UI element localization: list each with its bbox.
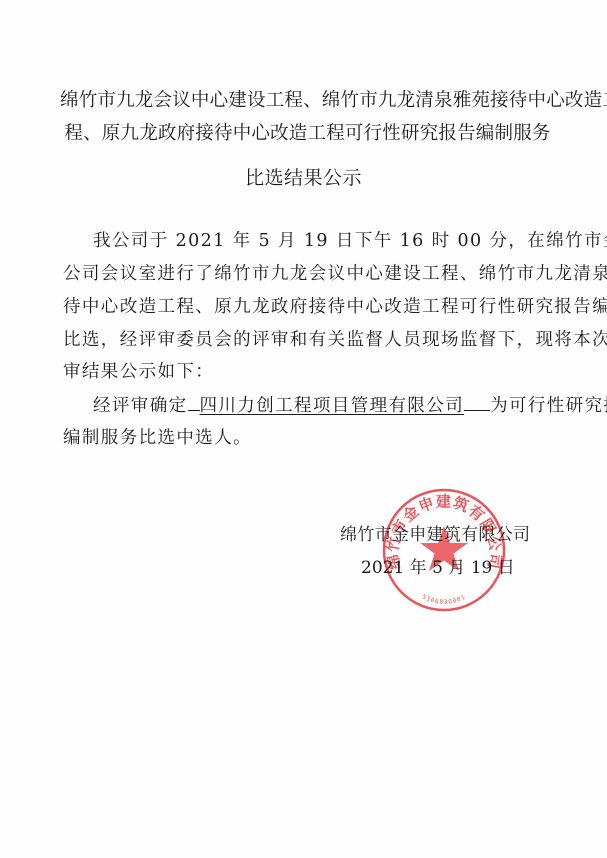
paragraph-2-line-2: 编制服务比选中选人。 [63,426,252,450]
winning-company: 四川力创工程项目管理有限公司 [200,396,465,416]
svg-text:5106830001: 5106830001 [421,593,467,605]
signature-date: 2021 年 5 月 19 日 [361,556,515,580]
signature-company: 绵竹市金申建筑有限公司 [340,523,530,547]
paragraph-1-line-4: 比选，经评审委员会的评审和有关监督人员现场监督下，现将本次比选评 [63,328,607,352]
result-prefix: 经评审确定 [93,396,188,416]
document-page: 绵竹市九龙会议中心建设工程、绵竹市九龙清泉雅苑接待中心改造工 程、原九龙政府接待… [0,0,607,858]
official-seal-icon: 绵竹市金申建筑有限公司 5106830001 [380,486,508,614]
paragraph-1-line-3: 待中心改造工程、原九龙政府接待中心改造工程可行性研究报告编制服务 [63,295,607,319]
document-subtitle: 比选结果公示 [0,164,607,192]
result-suffix: 为可行性研究报告 [490,396,607,416]
paragraph-1-line-1: 我公司于 2021 年 5 月 19 日下午 16 时 00 分，在绵竹市金申建… [93,229,607,253]
paragraph-2-line-1: 经评审确定四川力创工程项目管理有限公司为可行性研究报告 [93,393,607,418]
document-title-line-1: 绵竹市九龙会议中心建设工程、绵竹市九龙清泉雅苑接待中心改造工 [60,84,555,117]
underline-pad-left [188,393,200,411]
document-title-line-2: 程、原九龙政府接待中心改造工程可行性研究报告编制服务 [60,117,555,150]
paragraph-1-line-2: 公司会议室进行了绵竹市九龙会议中心建设工程、绵竹市九龙清泉雅苑接 [63,262,607,286]
paragraph-1-line-5: 审结果公示如下： [63,360,214,384]
underline-pad-right [464,393,490,411]
